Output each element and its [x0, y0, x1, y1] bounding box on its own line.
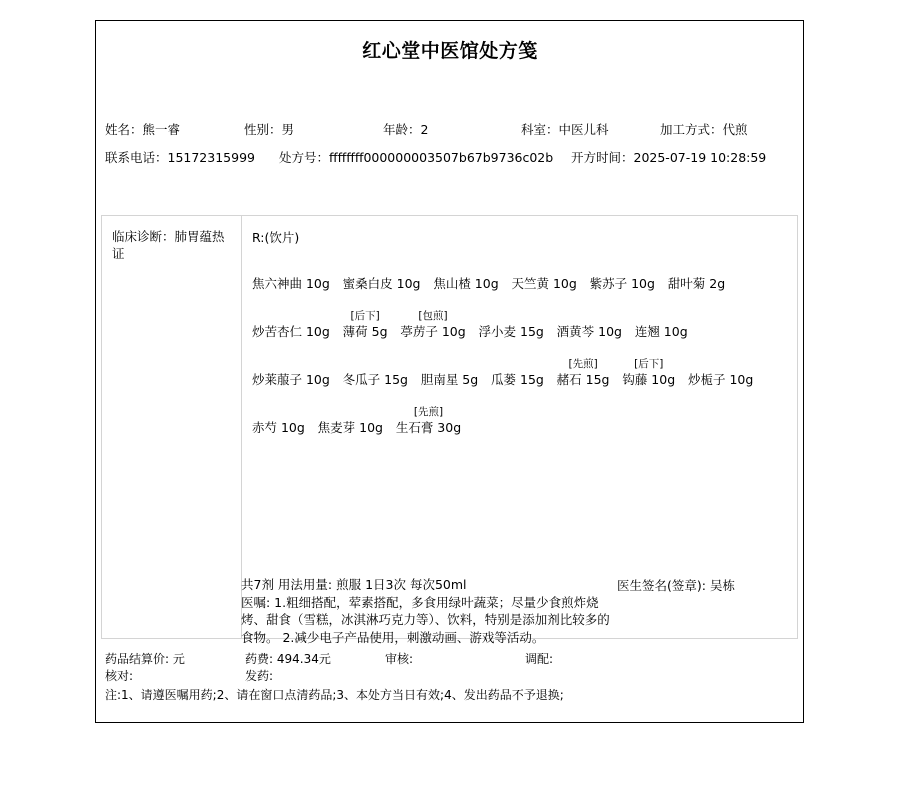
herb-note: [先煎] [414, 404, 443, 420]
doctor-signature: 医生签名(签章): 吴栋 [617, 576, 735, 594]
herb-label: 钩藤 10g [622, 372, 675, 387]
herb-item: 焦六神曲 10g [252, 260, 330, 292]
patient-age: 年龄：2 [383, 122, 428, 138]
processing-method: 加工方式：代煎 [660, 122, 748, 138]
herb-item: [包煎]葶苈子 10g [400, 308, 465, 340]
herb-item: 酒黄芩 10g [557, 308, 622, 340]
herb-label: 胆南星 5g [421, 372, 478, 387]
herb-item: 焦麦芽 10g [318, 404, 383, 436]
herb-label: 蜜桑白皮 10g [343, 276, 421, 291]
herb-item: 蜜桑白皮 10g [343, 260, 421, 292]
prescription-number: 处方号：ffffffff000000003507b67b9736c02b [279, 150, 553, 166]
herb-label: 冬瓜子 15g [343, 372, 408, 387]
settlement-price: 药品结算价: 元 [105, 651, 185, 667]
herb-item: 胆南星 5g [421, 356, 478, 388]
herb-item: [先煎]赭石 15g [557, 356, 610, 388]
herb-item: 炒莱菔子 10g [252, 356, 330, 388]
herb-item: 炒苦杏仁 10g [252, 308, 330, 340]
herb-label: 葶苈子 10g [400, 324, 465, 339]
herb-label: 酒黄芩 10g [557, 324, 622, 339]
herb-label: 焦麦芽 10g [318, 420, 383, 435]
herb-label: 浮小麦 15g [479, 324, 544, 339]
check-field: 核对: [105, 668, 133, 684]
rx-header: R:(饮片) [252, 228, 299, 246]
herb-label: 薄荷 5g [343, 324, 388, 339]
herb-item: [先煎]生石膏 30g [396, 404, 461, 436]
page-title: 红心堂中医馆处方笺 [0, 36, 900, 63]
herb-label: 焦山楂 10g [433, 276, 498, 291]
herb-label: 瓜蒌 15g [491, 372, 544, 387]
dosage-instructions: 共7剂 用法用量: 煎服 1日3次 每次50ml [241, 576, 619, 594]
herb-label: 连翘 10g [635, 324, 688, 339]
herb-item: 炒栀子 10g [688, 356, 753, 388]
herb-item: [后下]钩藤 10g [622, 356, 675, 388]
herb-label: 紫苏子 10g [590, 276, 655, 291]
dispense-field: 调配: [525, 651, 553, 667]
herb-item: 连翘 10g [635, 308, 688, 340]
herb-note: [后下] [634, 356, 663, 372]
herb-item: 甜叶菊 2g [668, 260, 725, 292]
review-field: 审核: [385, 651, 413, 667]
patient-phone: 联系电话：15172315999 [105, 150, 255, 166]
herb-item: 天竺黄 10g [511, 260, 576, 292]
department: 科室：中医儿科 [521, 122, 609, 138]
herb-label: 生石膏 30g [396, 420, 461, 435]
doctor-advice: 医嘱: 1.粗细搭配，荤素搭配，多食用绿叶蔬菜；尽量少食煎炸烧烤、甜食（雪糕，冰… [241, 594, 619, 647]
herb-label: 炒栀子 10g [688, 372, 753, 387]
herb-row-2: 炒苦杏仁 10g [后下]薄荷 5g [包煎]葶苈子 10g 浮小麦 15g 酒… [252, 308, 697, 340]
drug-fee: 药费: 494.34元 [245, 651, 331, 667]
herb-label: 赭石 15g [557, 372, 610, 387]
herb-label: 炒莱菔子 10g [252, 372, 330, 387]
herb-note: [后下] [350, 308, 379, 324]
herb-row-3: 炒莱菔子 10g 冬瓜子 15g 胆南星 5g 瓜蒌 15g [先煎]赭石 15… [252, 356, 762, 388]
herb-label: 炒苦杏仁 10g [252, 324, 330, 339]
herb-label: 天竺黄 10g [511, 276, 576, 291]
herb-item: 冬瓜子 15g [343, 356, 408, 388]
patient-gender: 性别：男 [244, 122, 294, 138]
herb-row-1: 焦六神曲 10g 蜜桑白皮 10g 焦山楂 10g 天竺黄 10g 紫苏子 10… [252, 260, 734, 292]
footer-notes: 注:1、请遵医嘱用药;2、请在窗口点清药品;3、本处方当日有效;4、发出药品不予… [105, 687, 564, 703]
herb-item: 焦山楂 10g [433, 260, 498, 292]
herb-note: [先煎] [568, 356, 597, 372]
usage-and-advice: 共7剂 用法用量: 煎服 1日3次 每次50ml 医嘱: 1.粗细搭配，荤素搭配… [241, 576, 619, 646]
herb-item: 瓜蒌 15g [491, 356, 544, 388]
prescription-time: 开方时间：2025-07-19 10:28:59 [571, 150, 766, 166]
herb-item: 赤芍 10g [252, 404, 305, 436]
patient-name: 姓名：熊一睿 [105, 122, 180, 138]
herb-item: 浮小麦 15g [479, 308, 544, 340]
herb-row-4: 赤芍 10g 焦麦芽 10g [先煎]生石膏 30g [252, 404, 470, 436]
herb-label: 甜叶菊 2g [668, 276, 725, 291]
herb-item: 紫苏子 10g [590, 260, 655, 292]
herb-label: 赤芍 10g [252, 420, 305, 435]
clinical-diagnosis: 临床诊断：肺胃蕴热证 [112, 228, 234, 262]
herb-label: 焦六神曲 10g [252, 276, 330, 291]
herb-item: [后下]薄荷 5g [343, 308, 388, 340]
issue-field: 发药: [245, 668, 273, 684]
herb-note: [包煎] [418, 308, 447, 324]
